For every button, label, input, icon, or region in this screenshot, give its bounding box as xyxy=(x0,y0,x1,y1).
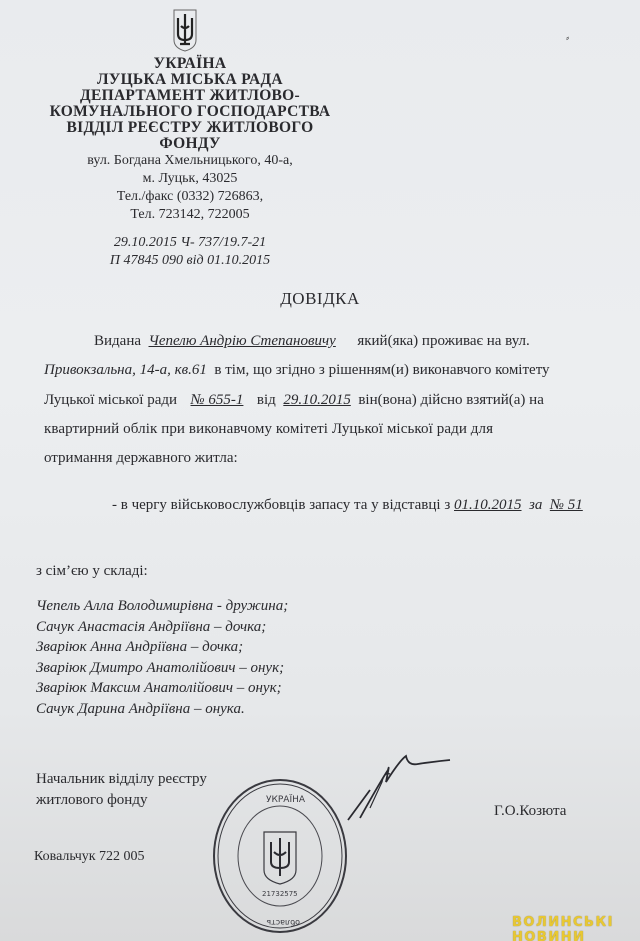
queue-date: 01.10.2015 xyxy=(454,497,522,513)
address-line: Тел./факс (0332) 726863, xyxy=(40,188,340,206)
handwritten-signature xyxy=(340,752,460,822)
body-line-5: отримання державного житла: xyxy=(44,448,238,468)
org-line: ФОНДУ xyxy=(40,136,340,152)
queue-number: № 51 xyxy=(550,497,583,513)
address-line: Тел. 723142, 722005 xyxy=(40,206,340,224)
letterhead: УКРАЇНА ЛУЦЬКА МІСЬКА РАДА ДЕПАРТАМЕНТ Ж… xyxy=(40,56,340,224)
address-line: вул. Богдана Хмельницького, 40-а, xyxy=(40,152,340,170)
family-intro: з сім’єю у складі: xyxy=(36,563,148,580)
lives-label: який(яка) проживає на вул. xyxy=(357,333,529,349)
body-line-2: Привокзальна, 14-а, кв.61 в тім, що згід… xyxy=(44,360,550,380)
decision-date: 29.10.2015 xyxy=(283,392,351,408)
document-title: ДОВІДКА xyxy=(0,289,640,309)
family-member: Сачук Анастасія Андріївна – дочка; xyxy=(36,617,288,638)
watermark-logo: ВОЛИНСЬКІ НОВИНИ xyxy=(512,915,640,941)
ref-line: 29.10.2015 Ч- 737/19.7-21 xyxy=(40,234,340,252)
org-line: КОМУНАЛЬНОГО ГОСПОДАРСТВА xyxy=(40,104,340,120)
org-line: УКРАЇНА xyxy=(40,56,340,72)
corner-mark: ⸗ xyxy=(566,33,569,44)
body-line-3: Луцької міської ради № 655-1 від 29.10.2… xyxy=(44,390,544,410)
issued-to-name: Чепелю Андрію Степановичу xyxy=(149,333,350,349)
signer-position: Начальник відділу реєстру житлового фонд… xyxy=(36,769,207,811)
position-line: житлового фонду xyxy=(36,790,207,811)
queue-za: за xyxy=(529,497,542,513)
svg-text:область: область xyxy=(266,918,300,927)
address-value: Привокзальна, 14-а, кв.61 xyxy=(44,362,207,378)
family-list: Чепель Алла Володимирівна - дружина; Сач… xyxy=(36,596,288,719)
issued-label: Видана xyxy=(94,333,141,349)
decision-text: в тім, що згідно з рішенням(и) виконавчо… xyxy=(214,362,549,378)
trident-crest-icon xyxy=(172,8,198,52)
reference-numbers: 29.10.2015 Ч- 737/19.7-21 П 47845 090 ві… xyxy=(40,234,340,270)
svg-text:УКРАЇНА: УКРАЇНА xyxy=(266,794,306,805)
from-label: від xyxy=(257,392,276,408)
queue-text: - в чергу військовослужбовців запасу та … xyxy=(112,497,450,513)
address-line: м. Луцьк, 43025 xyxy=(40,170,340,188)
executor-contact: Ковальчук 722 005 xyxy=(34,849,145,865)
family-member: Чепель Алла Володимирівна - дружина; xyxy=(36,596,288,617)
signer-name: Г.О.Козюта xyxy=(494,803,566,820)
council-label: Луцької міської ради xyxy=(44,392,177,408)
svg-text:21732575: 21732575 xyxy=(262,890,298,898)
org-line: ВІДДІЛ РЕЄСТРУ ЖИТЛОВОГО xyxy=(40,120,340,136)
official-stamp-icon: УКРАЇНА 21732575 область xyxy=(210,776,350,936)
body-line-1: Видана Чепелю Андрію Степановичу який(як… xyxy=(94,331,530,351)
family-member: Зваріюк Дмитро Анатолійович – онук; xyxy=(36,658,288,679)
ref-line: П 47845 090 від 01.10.2015 xyxy=(40,252,340,270)
position-line: Начальник відділу реєстру xyxy=(36,769,207,790)
queue-line: - в чергу військовослужбовців запасу та … xyxy=(112,497,583,514)
family-member: Сачук Дарина Андріївна – онука. xyxy=(36,699,288,720)
org-line: ДЕПАРТАМЕНТ ЖИТЛОВО- xyxy=(40,88,340,104)
family-member: Зваріюк Максим Анатолійович – онук; xyxy=(36,678,288,699)
decision-number: № 655-1 xyxy=(185,392,250,408)
accepted-text: він(вона) дійсно взятий(а) на xyxy=(358,392,544,408)
family-member: Зваріюк Анна Андріївна – дочка; xyxy=(36,637,288,658)
body-line-4: квартирний облік при виконавчому комітет… xyxy=(44,419,493,439)
org-line: ЛУЦЬКА МІСЬКА РАДА xyxy=(40,72,340,88)
